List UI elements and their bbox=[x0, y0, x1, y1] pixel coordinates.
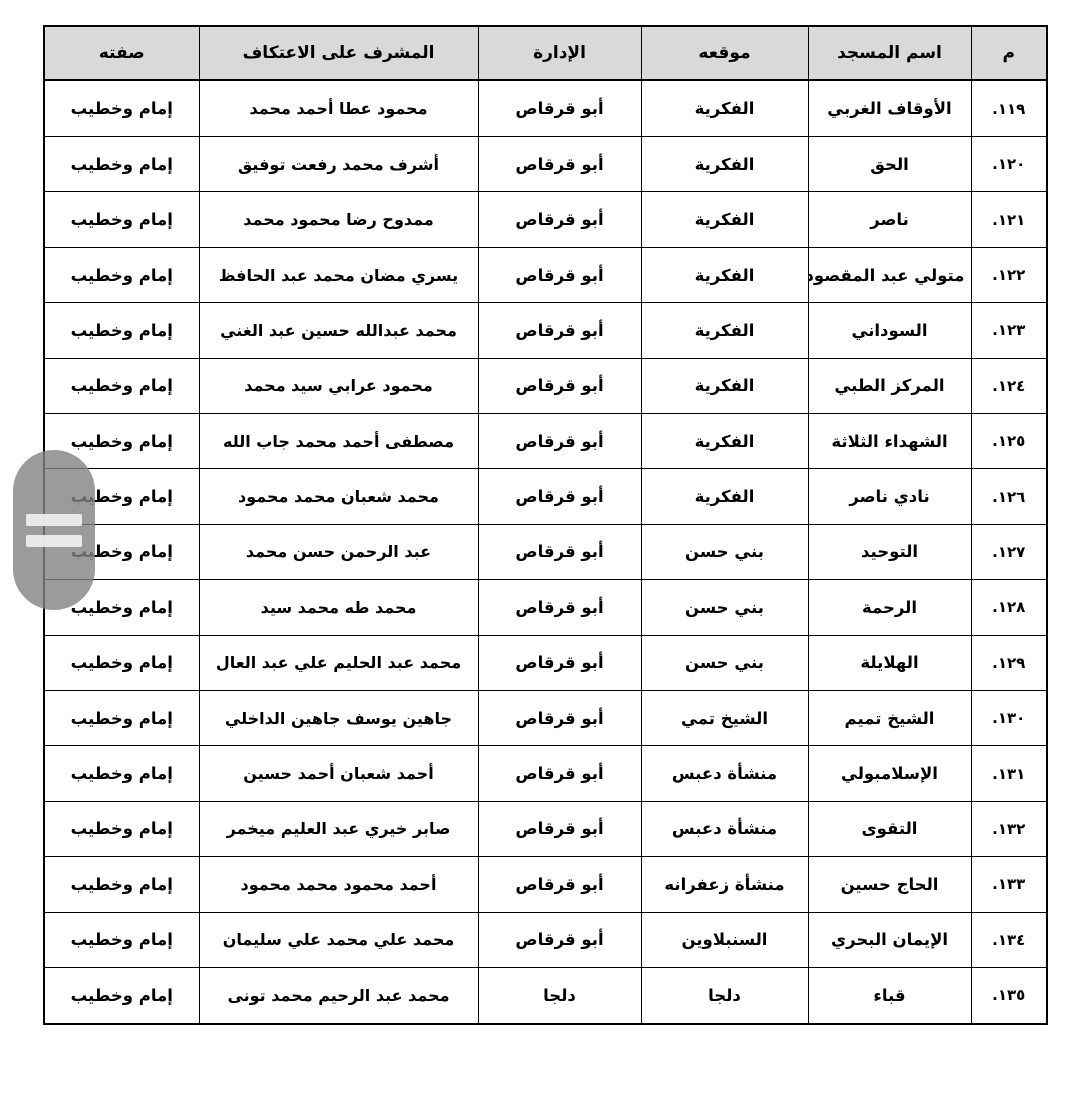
column-header-num: م bbox=[971, 26, 1047, 80]
cell-title: إمام وخطيب bbox=[44, 857, 199, 912]
table-row: ١٣٢.التقوىمنشأة دعبسأبو قرقاصصابر خيري ع… bbox=[44, 801, 1047, 856]
cell-supervisor: محمود عرابي سيد محمد bbox=[199, 358, 478, 413]
cell-title: إمام وخطيب bbox=[44, 912, 199, 967]
cell-location: منشأة دعبس bbox=[641, 746, 808, 801]
cell-num: ١٣٤. bbox=[971, 912, 1047, 967]
cell-title: إمام وخطيب bbox=[44, 358, 199, 413]
cell-location: الفكرية bbox=[641, 303, 808, 358]
table-row: ١٢٦.نادي ناصرالفكريةأبو قرقاصمحمد شعبان … bbox=[44, 469, 1047, 524]
column-header-admin: الإدارة bbox=[478, 26, 641, 80]
cell-mosque: قباء bbox=[808, 967, 971, 1024]
cell-admin: أبو قرقاص bbox=[478, 746, 641, 801]
cell-num: ١٢٠. bbox=[971, 137, 1047, 192]
cell-admin: أبو قرقاص bbox=[478, 247, 641, 302]
table-row: ١٢٤.المركز الطبيالفكريةأبو قرقاصمحمود عر… bbox=[44, 358, 1047, 413]
cell-supervisor: عبد الرحمن حسن محمد bbox=[199, 524, 478, 579]
mosques-table: م اسم المسجد موقعه الإدارة المشرف على ال… bbox=[43, 25, 1048, 1025]
cell-num: ١٣٢. bbox=[971, 801, 1047, 856]
cell-num: ١٢٥. bbox=[971, 414, 1047, 469]
cell-admin: أبو قرقاص bbox=[478, 635, 641, 690]
cell-mosque: التقوى bbox=[808, 801, 971, 856]
cell-mosque: الرحمة bbox=[808, 580, 971, 635]
cell-mosque: الحق bbox=[808, 137, 971, 192]
cell-location: بني حسن bbox=[641, 580, 808, 635]
cell-num: ١٢٩. bbox=[971, 635, 1047, 690]
cell-mosque: الإسلامبولي bbox=[808, 746, 971, 801]
table-body: ١١٩.الأوقاف الغربيالفكريةأبو قرقاصمحمود … bbox=[44, 80, 1047, 1024]
cell-supervisor: يسري مضان محمد عبد الحافظ bbox=[199, 247, 478, 302]
document-page: م اسم المسجد موقعه الإدارة المشرف على ال… bbox=[0, 0, 1080, 1097]
cell-supervisor: محمد شعبان محمد محمود bbox=[199, 469, 478, 524]
cell-supervisor: محمد علي محمد علي سليمان bbox=[199, 912, 478, 967]
table-row: ١٣٠.الشيخ تميمالشيخ تميأبو قرقاصجاهين يو… bbox=[44, 690, 1047, 745]
table-row: ١٢٥.الشهداء الثلاثةالفكريةأبو قرقاصمصطفى… bbox=[44, 414, 1047, 469]
cell-title: إمام وخطيب bbox=[44, 247, 199, 302]
column-header-mosque: اسم المسجد bbox=[808, 26, 971, 80]
handle-bar bbox=[26, 514, 82, 526]
cell-admin: أبو قرقاص bbox=[478, 690, 641, 745]
cell-title: إمام وخطيب bbox=[44, 80, 199, 137]
cell-supervisor: أحمد شعبان أحمد حسين bbox=[199, 746, 478, 801]
cell-num: ١٢٦. bbox=[971, 469, 1047, 524]
cell-supervisor: محمد عبد الحليم علي عبد العال bbox=[199, 635, 478, 690]
column-header-supervisor: المشرف على الاعتكاف bbox=[199, 26, 478, 80]
cell-mosque: الأوقاف الغربي bbox=[808, 80, 971, 137]
table-row: ١٣٥.قباءدلجادلجامحمد عبد الرحيم محمد تون… bbox=[44, 967, 1047, 1024]
cell-title: إمام وخطيب bbox=[44, 967, 199, 1024]
cell-supervisor: صابر خيري عبد العليم ميخمر bbox=[199, 801, 478, 856]
cell-admin: أبو قرقاص bbox=[478, 469, 641, 524]
cell-num: ١٢٣. bbox=[971, 303, 1047, 358]
cell-admin: أبو قرقاص bbox=[478, 524, 641, 579]
table-row: ١١٩.الأوقاف الغربيالفكريةأبو قرقاصمحمود … bbox=[44, 80, 1047, 137]
column-header-title: صفته bbox=[44, 26, 199, 80]
cell-location: الفكرية bbox=[641, 137, 808, 192]
cell-admin: أبو قرقاص bbox=[478, 358, 641, 413]
cell-supervisor: محمد عبد الرحيم محمد تونى bbox=[199, 967, 478, 1024]
floating-handle[interactable] bbox=[13, 450, 95, 610]
cell-mosque: ناصر bbox=[808, 192, 971, 247]
table-row: ١٢٨.الرحمةبني حسنأبو قرقاصمحمد طه محمد س… bbox=[44, 580, 1047, 635]
cell-title: إمام وخطيب bbox=[44, 690, 199, 745]
table-row: ١٢٠.الحقالفكريةأبو قرقاصأشرف محمد رفعت ت… bbox=[44, 137, 1047, 192]
cell-supervisor: محمد طه محمد سيد bbox=[199, 580, 478, 635]
cell-admin: أبو قرقاص bbox=[478, 303, 641, 358]
cell-title: إمام وخطيب bbox=[44, 192, 199, 247]
cell-title: إمام وخطيب bbox=[44, 746, 199, 801]
cell-title: إمام وخطيب bbox=[44, 303, 199, 358]
cell-location: منشأة دعبس bbox=[641, 801, 808, 856]
table-row: ١٣٣.الحاج حسينمنشأة زعفرانهأبو قرقاصأحمد… bbox=[44, 857, 1047, 912]
cell-supervisor: مصطفى أحمد محمد جاب الله bbox=[199, 414, 478, 469]
cell-num: ١٢٨. bbox=[971, 580, 1047, 635]
cell-title: إمام وخطيب bbox=[44, 137, 199, 192]
cell-num: ١١٩. bbox=[971, 80, 1047, 137]
cell-mosque: السوداني bbox=[808, 303, 971, 358]
table-row: ١٢٢.متولي عبد المقصودالفكريةأبو قرقاصيسر… bbox=[44, 247, 1047, 302]
table-row: ١٢٣.السودانيالفكريةأبو قرقاصمحمد عبدالله… bbox=[44, 303, 1047, 358]
cell-title: إمام وخطيب bbox=[44, 635, 199, 690]
cell-mosque: التوحيد bbox=[808, 524, 971, 579]
cell-admin: أبو قرقاص bbox=[478, 580, 641, 635]
cell-admin: أبو قرقاص bbox=[478, 80, 641, 137]
table-row: ١٢٧.التوحيدبني حسنأبو قرقاصعبد الرحمن حس… bbox=[44, 524, 1047, 579]
cell-mosque: الإيمان البحري bbox=[808, 912, 971, 967]
handle-bar bbox=[26, 535, 82, 547]
cell-mosque: الشيخ تميم bbox=[808, 690, 971, 745]
cell-num: ١٢١. bbox=[971, 192, 1047, 247]
cell-admin: أبو قرقاص bbox=[478, 137, 641, 192]
table-header: م اسم المسجد موقعه الإدارة المشرف على ال… bbox=[44, 26, 1047, 80]
cell-mosque: المركز الطبي bbox=[808, 358, 971, 413]
cell-supervisor: أشرف محمد رفعت توفيق bbox=[199, 137, 478, 192]
cell-mosque: الهلايلة bbox=[808, 635, 971, 690]
cell-num: ١٣١. bbox=[971, 746, 1047, 801]
cell-location: السنبلاوين bbox=[641, 912, 808, 967]
table-row: ١٣١.الإسلامبوليمنشأة دعبسأبو قرقاصأحمد ش… bbox=[44, 746, 1047, 801]
cell-admin: أبو قرقاص bbox=[478, 414, 641, 469]
cell-location: بني حسن bbox=[641, 635, 808, 690]
cell-admin: أبو قرقاص bbox=[478, 857, 641, 912]
table-row: ١٣٤.الإيمان البحريالسنبلاوينأبو قرقاصمحم… bbox=[44, 912, 1047, 967]
header-row: م اسم المسجد موقعه الإدارة المشرف على ال… bbox=[44, 26, 1047, 80]
table-row: ١٢٩.الهلايلةبني حسنأبو قرقاصمحمد عبد الح… bbox=[44, 635, 1047, 690]
cell-location: الشيخ تمي bbox=[641, 690, 808, 745]
cell-location: منشأة زعفرانه bbox=[641, 857, 808, 912]
cell-location: بني حسن bbox=[641, 524, 808, 579]
cell-location: الفكرية bbox=[641, 192, 808, 247]
cell-mosque: متولي عبد المقصود bbox=[808, 247, 971, 302]
cell-mosque: الشهداء الثلاثة bbox=[808, 414, 971, 469]
cell-num: ١٣٣. bbox=[971, 857, 1047, 912]
cell-num: ١٢٤. bbox=[971, 358, 1047, 413]
cell-admin: أبو قرقاص bbox=[478, 912, 641, 967]
cell-mosque: نادي ناصر bbox=[808, 469, 971, 524]
cell-admin: أبو قرقاص bbox=[478, 192, 641, 247]
table-row: ١٢١.ناصرالفكريةأبو قرقاصممدوح رضا محمود … bbox=[44, 192, 1047, 247]
cell-location: الفكرية bbox=[641, 414, 808, 469]
cell-num: ١٢٢. bbox=[971, 247, 1047, 302]
cell-supervisor: ممدوح رضا محمود محمد bbox=[199, 192, 478, 247]
cell-location: الفكرية bbox=[641, 80, 808, 137]
cell-location: الفكرية bbox=[641, 469, 808, 524]
cell-location: دلجا bbox=[641, 967, 808, 1024]
cell-supervisor: أحمد محمود محمد محمود bbox=[199, 857, 478, 912]
column-header-location: موقعه bbox=[641, 26, 808, 80]
cell-location: الفكرية bbox=[641, 358, 808, 413]
cell-admin: أبو قرقاص bbox=[478, 801, 641, 856]
cell-location: الفكرية bbox=[641, 247, 808, 302]
cell-mosque: الحاج حسين bbox=[808, 857, 971, 912]
cell-supervisor: جاهين يوسف جاهين الداخلي bbox=[199, 690, 478, 745]
cell-num: ١٢٧. bbox=[971, 524, 1047, 579]
cell-num: ١٣٠. bbox=[971, 690, 1047, 745]
cell-title: إمام وخطيب bbox=[44, 801, 199, 856]
cell-supervisor: محمد عبدالله حسين عبد الغني bbox=[199, 303, 478, 358]
cell-num: ١٣٥. bbox=[971, 967, 1047, 1024]
cell-supervisor: محمود عطا أحمد محمد bbox=[199, 80, 478, 137]
cell-admin: دلجا bbox=[478, 967, 641, 1024]
